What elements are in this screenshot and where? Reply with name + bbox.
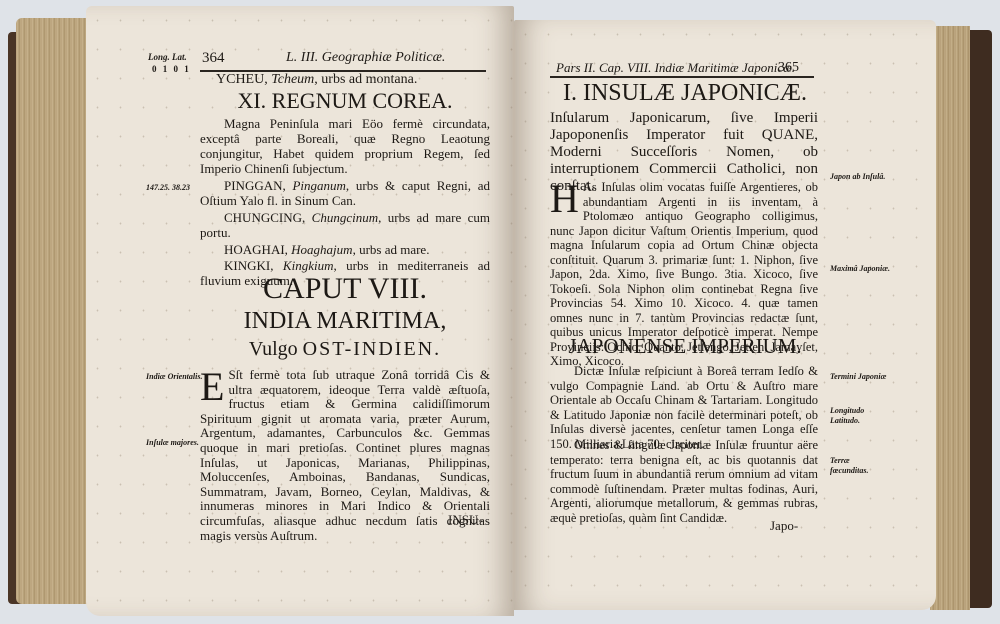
catchword: Japo- <box>770 518 798 533</box>
margin-label-longlat: Long. Lat. <box>148 52 187 62</box>
page-number: 365 <box>778 60 799 76</box>
body-paragraph: ESſt fermè tota ſub utraque Zonâ torridâ… <box>200 368 490 543</box>
chapter-vulgo: Vulgo OST-INDIEN. <box>200 338 490 361</box>
page-edges-left <box>16 18 88 604</box>
margin-note: Longitudo Latitudo. <box>830 406 890 426</box>
section-title: I. INSULÆ JAPONICÆ. <box>550 80 820 107</box>
coords-note: 147.25. 38.23 <box>146 183 190 193</box>
margin-note: Japon ab Inſulâ. <box>830 172 890 182</box>
page-number: 364 <box>202 50 225 67</box>
city-entry: HOAGHAI, Hoaghajum, urbs ad mare. <box>200 242 490 257</box>
page-edges-right <box>930 26 970 610</box>
first-line: YCHEU, Tcheum, urbs ad montana. <box>216 72 496 87</box>
right-page: Pars II. Cap. VIII. Indiæ Maritimæ Japon… <box>514 20 936 610</box>
chapter-title: CAPUT VIII. <box>200 272 490 306</box>
chapter-subtitle: INDIA MARITIMA, <box>200 308 490 335</box>
margin-note: Indiæ Orientalis. <box>146 372 202 382</box>
header-rule <box>550 76 814 78</box>
drop-cap: E <box>200 370 224 404</box>
body-paragraph: Omnes & ſingulæ Japoniæ Inſulæ fruuntur … <box>550 438 818 525</box>
margin-values: 0 1 0 1 <box>152 64 191 74</box>
catchword: INSU- <box>448 512 483 527</box>
drop-cap: H <box>550 182 579 216</box>
running-title: Pars II. Cap. VIII. Indiæ Maritimæ Japon… <box>556 60 795 76</box>
section2-title: JAPONENSE IMPERIUM. <box>550 334 820 359</box>
left-page: Long. Lat. 0 1 0 1 364 L. III. Geographi… <box>86 6 514 616</box>
margin-note: Termini Japoniæ <box>830 372 890 382</box>
margin-note: Maximâ Japoniæ. <box>830 264 890 274</box>
city-entry: PINGGAN, Pinganum, urbs & caput Regni, a… <box>200 178 490 208</box>
city-entry: CHUNGCING, Chungcinum, urbs ad mare cum … <box>200 210 490 240</box>
intro-paragraph: Magna Peninſula mari Eöo fermè circundat… <box>200 116 490 176</box>
section-title: XI. REGNUM COREA. <box>200 88 490 114</box>
running-title: L. III. Geographiæ Politicæ. <box>286 50 445 66</box>
margin-note: Terræ fœcunditas. <box>830 456 890 476</box>
margin-note: Inſulæ majores. <box>146 438 199 448</box>
